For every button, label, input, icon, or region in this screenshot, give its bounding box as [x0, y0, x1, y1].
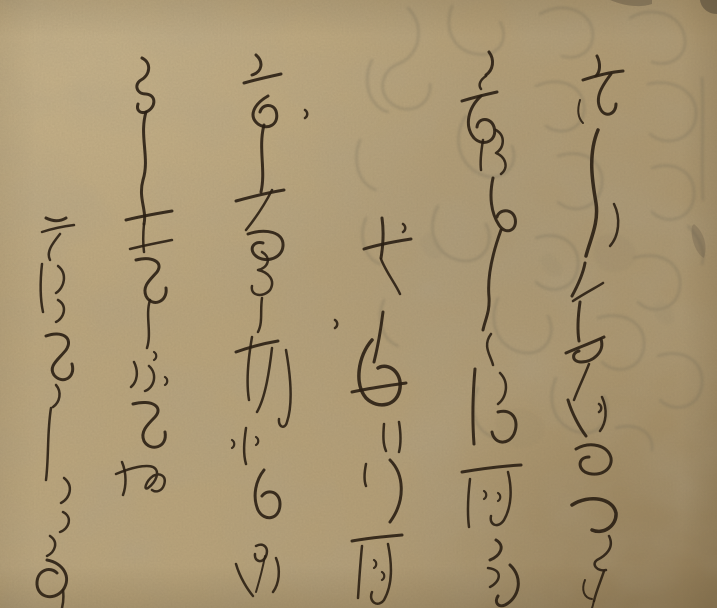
paper-grain [0, 0, 717, 608]
calligraphy-canvas [0, 0, 717, 608]
manuscript-photo [0, 0, 717, 608]
